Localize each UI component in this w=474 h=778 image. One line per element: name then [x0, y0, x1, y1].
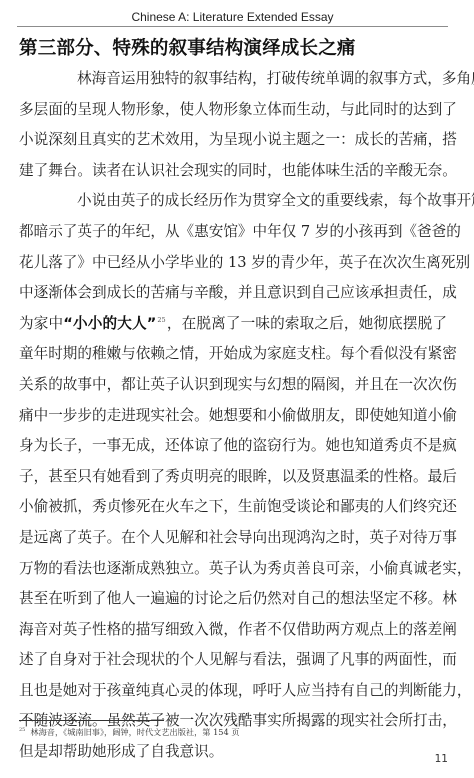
text-line: 建了舞台。读者在认识社会现实的同时，也能体味生活的辛酸无奈。: [19, 156, 447, 187]
text-line: 小偷被抓，秀贞惨死在火车之下，生前饱受谈论和鄙夷的人们终究还: [19, 492, 447, 523]
text-line: 关系的故事中，都让英子认识到现实与幻想的隔阂，并且在一次次伤: [19, 370, 447, 401]
text-line-with-footnote: 为家中“小小的大人”25，在脱离了一味的索取之后，她彻底摆脱了: [19, 309, 447, 340]
body-text: 林海音运用独特的叙事结构，打破传统单调的叙事方式，多角度 多层面的呈现人物形象，…: [19, 64, 447, 768]
text-segment: 为家中: [19, 315, 63, 332]
text-line: 海音对英子性格的描写细致入微，作者不仅借助两方观点上的落差阐: [19, 615, 447, 646]
text-line: 小说深刻且真实的艺术效用，为呈现小说主题之一：成长的苦痛，搭: [19, 125, 447, 156]
text-line: 述了自身对于社会现状的个人见解与看法，强调了凡事的两面性，而: [19, 645, 447, 676]
footnote: 25林海音，《城南旧事》，阔钟，时代文艺出版社，第 154 页: [19, 726, 240, 738]
footnote-text: 林海音，《城南旧事》，阔钟，时代文艺出版社，第 154 页: [30, 727, 239, 737]
text-line: 是远离了英子。在个人见解和社会导向出现鸿沟之时，英子对待万事: [19, 523, 447, 554]
footnote-reference[interactable]: 25: [157, 316, 165, 324]
running-header: Chinese A: Literature Extended Essay: [17, 10, 448, 24]
paragraph-2: 小说由英子的成长经历作为贯穿全文的重要线索，每个故事开篇 都暗示了英子的年纪，从…: [19, 186, 447, 767]
text-line: 林海音运用独特的叙事结构，打破传统单调的叙事方式，多角度: [19, 64, 447, 95]
text-line: 但是却帮助她形成了自我意识。: [19, 737, 447, 768]
text-line: 花儿落了》中已经从小学毕业的 13 岁的青少年，英子在次次生离死别: [19, 248, 447, 279]
text-line: 甚至在听到了他人一遍遍的讨论之后仍然对自己的想法坚定不移。林: [19, 584, 447, 615]
page-number: 11: [428, 752, 448, 766]
text-line: 子，甚至只有她看到了秀贞明亮的眼眸，以及贤惠温柔的性格。最后: [19, 462, 447, 493]
text-segment: ，在脱离了一味的索取之后，她彻底摆脱了: [167, 315, 447, 332]
section-title: 第三部分、特殊的叙事结构演绎成长之痛: [19, 37, 459, 61]
footnote-divider: [19, 720, 164, 721]
text-line: 痛中一步步的走进现实社会。她想要和小偷做朋友，即使她知道小偷: [19, 401, 447, 432]
text-line: 身为长子，一事无成，还体谅了他的盗窃行为。她也知道秀贞不是疯: [19, 431, 447, 462]
header-divider: [17, 26, 448, 27]
text-line: 小说由英子的成长经历作为贯穿全文的重要线索，每个故事开篇: [19, 186, 447, 217]
paragraph-1: 林海音运用独特的叙事结构，打破传统单调的叙事方式，多角度 多层面的呈现人物形象，…: [19, 64, 447, 186]
emphasized-quote: “小小的大人”: [63, 315, 156, 332]
footnote-number: 25: [19, 727, 25, 733]
text-line: 都暗示了英子的年纪，从《惠安馆》中年仅 7 岁的小孩再到《爸爸的: [19, 217, 447, 248]
text-line: 万物的看法也逐渐成熟独立。英子认为秀贞善良可亲，小偷真诚老实，: [19, 554, 447, 585]
text-line: 中逐渐体会到成长的苦痛与辛酸，并且意识到自己应该承担责任，成: [19, 278, 447, 309]
text-line: 且也是她对于孩童纯真心灵的体现，呼吁人应当持有自己的判断能力，: [19, 676, 447, 707]
document-page: Chinese A: Literature Extended Essay 第三部…: [0, 0, 474, 778]
text-line: 多层面的呈现人物形象，使人物形象立体而生动，与此同时的达到了: [19, 95, 447, 126]
text-line: 童年时期的稚嫩与依赖之情，开始成为家庭支柱。每个看似没有紧密: [19, 339, 447, 370]
